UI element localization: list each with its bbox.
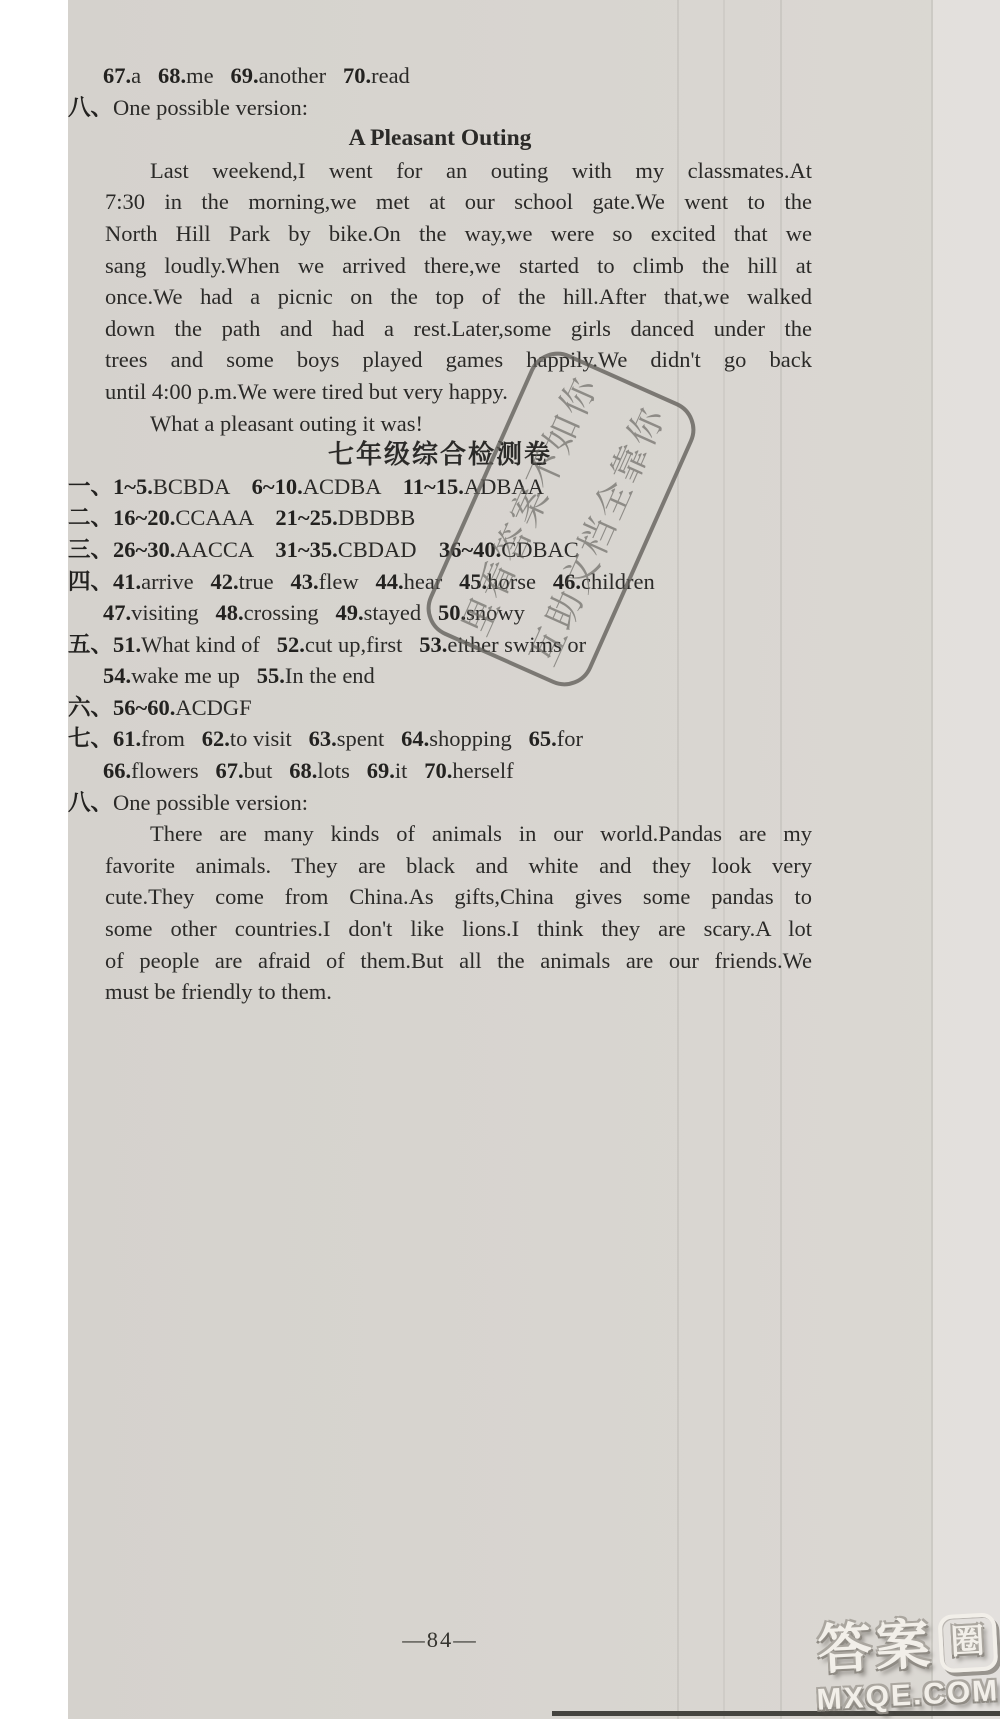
paper-crease (931, 0, 933, 1719)
logo-brand-text: 答案 (817, 1618, 936, 1678)
essay-text-line: once.We had a picnic on the top of the h… (105, 281, 812, 313)
essay-text-line: must be friendly to them. (105, 976, 812, 1008)
answer-line-top: 67.a 68.me 69.another 70.read (103, 60, 812, 92)
answer-row: 五、51.What kind of 52.cut up,first 53.eit… (68, 629, 812, 661)
paper-light-edge (933, 0, 1000, 1719)
test-paper-heading: 七年级综合检测卷 (68, 439, 812, 471)
page-content: 67.a 68.me 69.another 70.read 八、One poss… (68, 60, 812, 1655)
scanned-answer-page: { "doc": { "top_answer_line": "67.a 68.m… (0, 0, 1000, 1719)
scan-edge-line (552, 1711, 1000, 1716)
answer-row: 66.flowers 67.but 68.lots 69.it 70.herse… (103, 755, 812, 787)
section-eight-label: 八、One possible version: (68, 92, 812, 124)
answer-row: 一、1~5.BCBDA 6~10.ACDBA 11~15.ADBAA (68, 471, 812, 503)
answer-row: 三、26~30.AACCA 31~35.CBDAD 36~40.CDBAC (68, 534, 812, 566)
answercircle-logo: 答案 圈 MXQE.COM (813, 1612, 1000, 1717)
answer-rows-block: 一、1~5.BCBDA 6~10.ACDBA 11~15.ADBAA二、16~2… (68, 471, 812, 819)
essay-text-line: There are many kinds of animals in our w… (105, 818, 812, 850)
page-number: —84— (68, 1624, 812, 1656)
essay-text-line: cute.They come from China.As gifts,China… (105, 881, 812, 913)
essay-text-line: favorite animals. They are black and whi… (105, 850, 812, 882)
answer-row: 四、41.arrive 42.true 43.flew 44.hear 45.h… (68, 566, 812, 598)
answer-row: 47.visiting 48.crossing 49.stayed 50.sno… (103, 597, 812, 629)
essay2-paragraph: There are many kinds of animals in our w… (105, 818, 812, 1008)
logo-circle-badge-icon: 圈 (937, 1612, 998, 1673)
essay-text-line: 7:30 in the morning,we met at our school… (105, 186, 812, 218)
essay-text-line: down the path and had a rest.Later,some … (105, 313, 812, 345)
essay-text-line: until 4:00 p.m.We were tired but very ha… (105, 376, 812, 408)
essay1-paragraph: Last weekend,I went for an outing with m… (105, 155, 812, 408)
answer-row: 七、61.from 62.to visit 63.spent 64.shoppi… (68, 723, 812, 755)
essay1-title: A Pleasant Outing (68, 123, 812, 155)
answer-row: 八、One possible version: (68, 787, 812, 819)
answer-row: 54.wake me up 55.In the end (103, 660, 812, 692)
answer-row: 二、16~20.CCAAA 21~25.DBDBB (68, 502, 812, 534)
essay-text-line: trees and some boys played games happily… (105, 344, 812, 376)
answer-row: 六、56~60.ACDGF (68, 692, 812, 724)
essay-text-line: Last weekend,I went for an outing with m… (105, 155, 812, 187)
essay-text-line: sang loudly.When we arrived there,we sta… (105, 250, 812, 282)
essay1-closing-line: What a pleasant outing it was! (150, 408, 812, 440)
essay-text-line: North Hill Park by bike.On the way,we we… (105, 218, 812, 250)
logo-brand-row: 答案 圈 (813, 1612, 998, 1679)
essay-text-line: of people are afraid of them.But all the… (105, 945, 812, 977)
essay-text-line: some other countries.I don't like lions.… (105, 913, 812, 945)
